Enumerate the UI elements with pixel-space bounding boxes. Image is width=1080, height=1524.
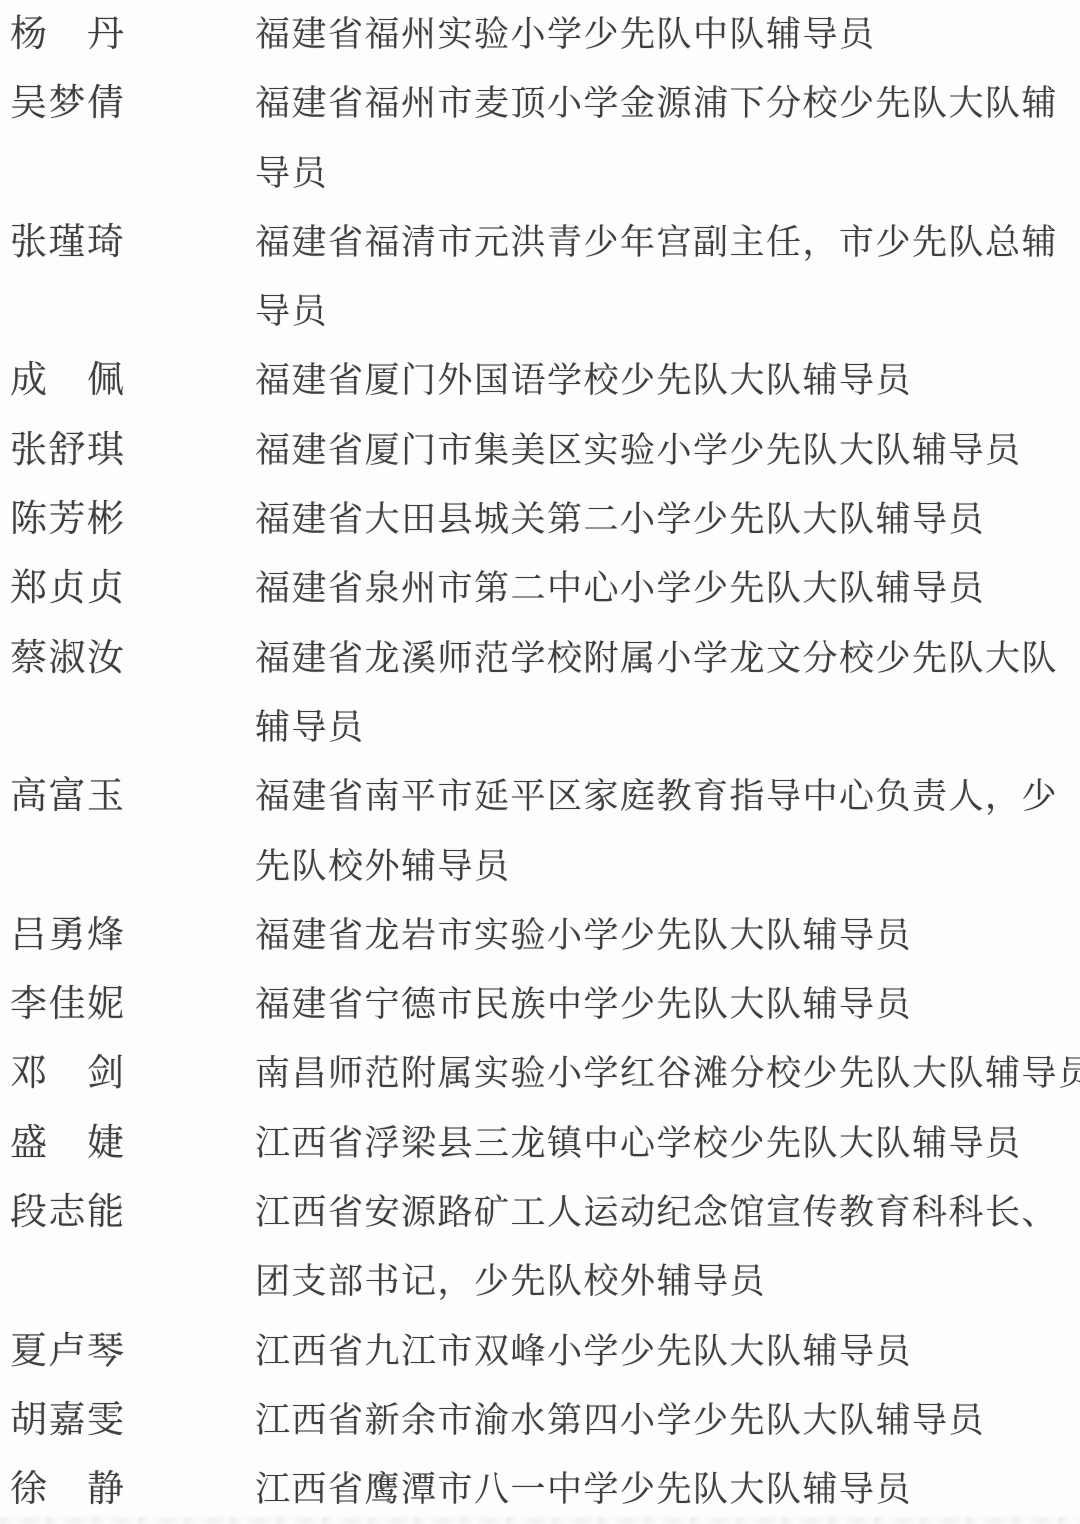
affiliation-line: 福建省大田县城关第二小学少先队大队辅导员 [255,485,1080,554]
affiliation-line: 福建省厦门市集美区实验小学少先队大队辅导员 [255,416,1080,485]
affiliation-line: 先队校外辅导员 [255,832,1080,901]
list-entry: 成佩 福建省厦门外国语学校少先队大队辅导员 [0,346,1080,415]
affiliation-line: 辅导员 [255,693,1080,762]
list-entry: 张瑾琦 福建省福清市元洪青少年宫副主任，市少先队总辅 导员 [0,208,1080,347]
recipient-name: 邓剑 [10,1039,124,1108]
affiliation-line: 南昌师范附属实验小学红谷滩分校少先队大队辅导员 [255,1039,1080,1108]
recipient-name: 段志能 [10,1178,124,1247]
affiliation-line: 导员 [255,277,1080,346]
affiliation-line: 福建省厦门外国语学校少先队大队辅导员 [255,346,1080,415]
recipient-name: 郑贞贞 [10,554,124,623]
recipient-name: 陈芳彬 [10,485,124,554]
list-entry: 徐静 江西省鹰潭市八一中学少先队大队辅导员 [0,1455,1080,1524]
affiliation-line: 江西省鹰潭市八一中学少先队大队辅导员 [255,1455,1080,1524]
affiliation-line: 福建省南平市延平区家庭教育指导中心负责人，少 [255,762,1080,831]
list-entry: 张舒琪 福建省厦门市集美区实验小学少先队大队辅导员 [0,416,1080,485]
recipient-name: 盛婕 [10,1109,124,1178]
list-entry: 蔡淑汝 福建省龙溪师范学校附属小学龙文分校少先队大队 辅导员 [0,624,1080,763]
recipient-name: 高富玉 [10,762,124,831]
recipient-name: 成佩 [10,346,124,415]
recipient-name: 吴梦倩 [10,69,124,138]
list-entry: 杨丹 福建省福州实验小学少先队中队辅导员 [0,0,1080,69]
list-entry: 段志能 江西省安源路矿工人运动纪念馆宣传教育科科长、 团支部书记，少先队校外辅导… [0,1178,1080,1317]
affiliation-line: 导员 [255,139,1080,208]
affiliation-line: 福建省泉州市第二中心小学少先队大队辅导员 [255,554,1080,623]
list-entry: 盛婕 江西省浮梁县三龙镇中心学校少先队大队辅导员 [0,1109,1080,1178]
list-entry: 胡嘉雯 江西省新余市渝水第四小学少先队大队辅导员 [0,1386,1080,1455]
affiliation-line: 团支部书记，少先队校外辅导员 [255,1247,1080,1316]
recipient-name: 张瑾琦 [10,208,124,277]
affiliation-line: 福建省福州市麦顶小学金源浦下分校少先队大队辅 [255,69,1080,138]
list-entry: 吕勇烽 福建省龙岩市实验小学少先队大队辅导员 [0,901,1080,970]
recipient-name: 胡嘉雯 [10,1386,124,1455]
affiliation-line: 江西省安源路矿工人运动纪念馆宣传教育科科长、 [255,1178,1080,1247]
affiliation-line: 福建省宁德市民族中学少先队大队辅导员 [255,970,1080,1039]
affiliation-line: 福建省龙溪师范学校附属小学龙文分校少先队大队 [255,624,1080,693]
list-entry: 高富玉 福建省南平市延平区家庭教育指导中心负责人，少 先队校外辅导员 [0,762,1080,901]
recipient-name: 吕勇烽 [10,901,124,970]
affiliation-line: 福建省福州实验小学少先队中队辅导员 [255,0,1080,69]
list-entry: 吴梦倩 福建省福州市麦顶小学金源浦下分校少先队大队辅 导员 [0,69,1080,208]
list-entry: 夏卢琴 江西省九江市双峰小学少先队大队辅导员 [0,1317,1080,1386]
document-page: 杨丹 福建省福州实验小学少先队中队辅导员 吴梦倩 福建省福州市麦顶小学金源浦下分… [0,0,1080,1524]
list-entry: 邓剑 南昌师范附属实验小学红谷滩分校少先队大队辅导员 [0,1039,1080,1108]
list-entry: 陈芳彬 福建省大田县城关第二小学少先队大队辅导员 [0,485,1080,554]
recipient-name: 李佳妮 [10,970,124,1039]
affiliation-line: 江西省浮梁县三龙镇中心学校少先队大队辅导员 [255,1109,1080,1178]
affiliation-line: 江西省九江市双峰小学少先队大队辅导员 [255,1317,1080,1386]
affiliation-line: 江西省新余市渝水第四小学少先队大队辅导员 [255,1386,1080,1455]
list-entry: 李佳妮 福建省宁德市民族中学少先队大队辅导员 [0,970,1080,1039]
list-entry: 郑贞贞 福建省泉州市第二中心小学少先队大队辅导员 [0,554,1080,623]
recipient-name: 蔡淑汝 [10,624,124,693]
affiliation-line: 福建省龙岩市实验小学少先队大队辅导员 [255,901,1080,970]
scan-noise-artifact [0,1517,1080,1524]
recipient-name: 夏卢琴 [10,1317,124,1386]
recipient-name: 张舒琪 [10,416,124,485]
recipient-name: 杨丹 [10,0,124,69]
recipient-name: 徐静 [10,1455,124,1524]
affiliation-line: 福建省福清市元洪青少年宫副主任，市少先队总辅 [255,208,1080,277]
